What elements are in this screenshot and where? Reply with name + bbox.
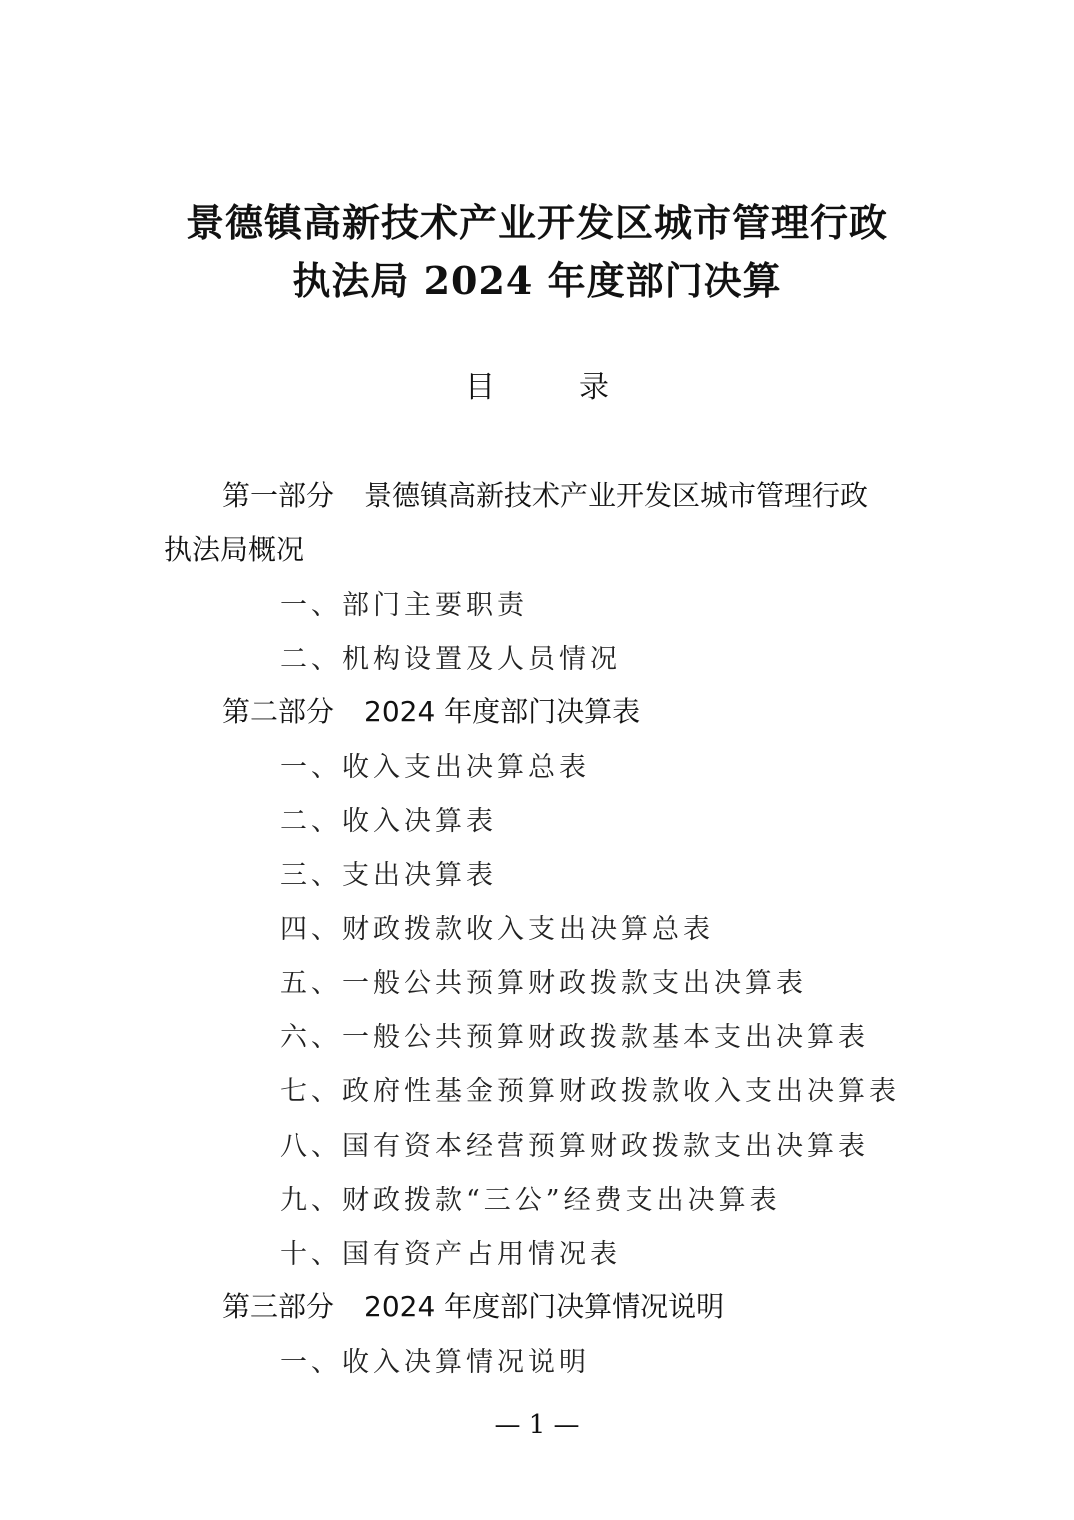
toc-item: 九、财政拨款“三公”经费支出决算表 <box>280 1178 781 1217</box>
document-title-line-1: 景德镇高新技术产业开发区城市管理行政 <box>0 192 1074 247</box>
part-title: 2024 年度部门决算表 <box>364 695 640 728</box>
toc-part-3: 第三部分2024 年度部门决算情况说明 <box>222 1285 724 1325</box>
part-label: 第三部分 <box>222 1290 334 1323</box>
toc-part-1-continued: 执法局概况 <box>164 528 304 568</box>
toc-item: 四、财政拨款收入支出决算总表 <box>280 907 714 946</box>
toc-item: 一、收入支出决算总表 <box>280 745 590 784</box>
toc-item: 一、部门主要职责 <box>280 583 528 622</box>
part-label: 第一部分 <box>222 479 334 512</box>
toc-item: 五、一般公共预算财政拨款支出决算表 <box>280 961 807 1000</box>
toc-item: 六、一般公共预算财政拨款基本支出决算表 <box>280 1015 869 1054</box>
document-title-line-2: 执法局 2024 年度部门决算 <box>0 250 1074 305</box>
toc-item: 二、机构设置及人员情况 <box>280 637 621 676</box>
page-number: — 1 — <box>0 1410 1074 1440</box>
part-label: 第二部分 <box>222 695 334 728</box>
part-title: 景德镇高新技术产业开发区城市管理行政 <box>364 479 868 512</box>
toc-item: 一、收入决算情况说明 <box>280 1340 590 1379</box>
toc-item: 十、国有资产占用情况表 <box>280 1232 621 1271</box>
toc-item: 八、国有资本经营预算财政拨款支出决算表 <box>280 1124 869 1163</box>
toc-heading: 目录 <box>0 362 1074 406</box>
toc-item: 七、政府性基金预算财政拨款收入支出决算表 <box>280 1069 900 1108</box>
toc-item: 三、支出决算表 <box>280 853 497 892</box>
toc-heading-char-1: 目 <box>465 362 495 406</box>
toc-part-2: 第二部分2024 年度部门决算表 <box>222 690 640 730</box>
part-title: 2024 年度部门决算情况说明 <box>364 1290 724 1323</box>
toc-item: 二、收入决算表 <box>280 799 497 838</box>
toc-heading-char-2: 录 <box>579 362 609 406</box>
toc-part-1: 第一部分景德镇高新技术产业开发区城市管理行政 <box>222 474 868 514</box>
